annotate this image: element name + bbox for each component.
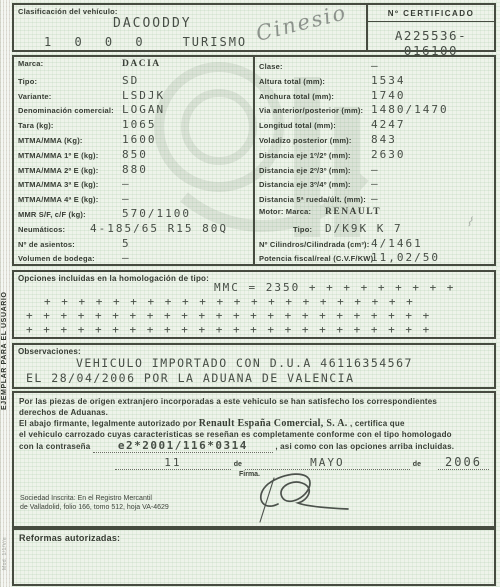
date-de-2: de	[413, 461, 421, 468]
spec-row: Nº de asientos:5	[18, 237, 253, 252]
spec-row: Denominación comercial:LOGAN	[18, 103, 253, 118]
spec-value: 4/1461	[371, 237, 423, 250]
spec-label: Tipo:	[18, 77, 122, 86]
spec-value: 1600	[122, 133, 157, 146]
options-line: + + + + + + + + + + + + + + + + + + + + …	[18, 323, 490, 337]
spec-label: Distancia eje 1º/2º (mm):	[259, 151, 371, 160]
date-day: 11	[115, 456, 231, 470]
spec-value: 5	[122, 237, 131, 250]
certifier-statement: El abajo firmante, legalmente autorizado…	[19, 418, 489, 429]
spec-value: 4247	[371, 118, 406, 131]
spec-row: Via anterior/posterior (mm):1480/1470	[259, 103, 494, 118]
password-line: con la contraseña e2*2001/116*0314 , asi…	[19, 440, 489, 453]
spec-row: Tipo:SD	[18, 74, 253, 89]
spec-label: Altura total (mm):	[259, 77, 371, 86]
spec-value: 570/1100	[122, 207, 191, 220]
registry-line2: de Valladolid, folio 166, tomo 512, hoja…	[20, 503, 169, 512]
spec-label: Tipo:	[259, 225, 325, 234]
spec-label: Anchura total (mm):	[259, 92, 371, 101]
vehicle-type: TURISMO	[183, 35, 248, 49]
spec-label: Clase:	[259, 62, 371, 71]
spec-row: Nº Cilindros/Cilindrada (cm³):4/1461	[259, 237, 494, 252]
spec-value: —	[122, 177, 131, 190]
certifier-pre-text: El abajo firmante, legalmente autorizado…	[19, 419, 196, 428]
spec-row: Tara (kg):1065	[18, 118, 253, 133]
spec-row: Distancia eje 3º/4º (mm):—	[259, 177, 494, 192]
authorized-modifications-label: Reformas autorizadas:	[19, 533, 489, 543]
vehicle-certificate-document: Clasificación del vehículo: DACOODDY 1 0…	[12, 3, 496, 583]
spec-value: SD	[122, 74, 139, 87]
company-name: Renault España Comercial, S. A.	[199, 418, 348, 429]
spec-row: Motor: Marca:RENAULT	[259, 207, 494, 222]
options-line: + + + + + + + + + + + + + + + + + + + + …	[18, 295, 490, 309]
spec-label: Nº de asientos:	[18, 240, 122, 249]
spec-value: —	[122, 192, 131, 205]
spec-label: Volumen de bodega:	[18, 254, 122, 263]
spec-label: MMR S/F, c/F (kg):	[18, 210, 122, 219]
spec-value: 11,02/50	[371, 251, 440, 264]
options-section: Opciones incluidas en la homologación de…	[12, 270, 496, 339]
spec-row: Distancia 5ª rueda/últ. (mm):—	[259, 192, 494, 207]
spec-label: Variante:	[18, 92, 122, 101]
spec-label: Distancia 5ª rueda/últ. (mm):	[259, 195, 371, 204]
spec-label: MTMA/MMA 2º E (kg):	[18, 166, 122, 175]
spec-value: 1740	[371, 89, 406, 102]
spec-row: Altura total (mm):1534	[259, 74, 494, 89]
spec-value: DACIA	[122, 59, 161, 69]
spec-row: MTMA/MMA 1º E (kg):850	[18, 148, 253, 163]
spec-row: Neumáticos:4-185/65 R15 80Q	[18, 222, 253, 237]
remarks-line: VEHICULO IMPORTADO CON D.U.A 46116354567	[18, 356, 490, 371]
spec-row: MTMA/MMA (Kg):1600	[18, 133, 253, 148]
spec-label: Tara (kg):	[18, 121, 122, 130]
form-model-code: Mod. 1/1/V/e	[2, 440, 11, 570]
certificate-label: Nº CERTIFICADO	[368, 5, 494, 22]
spec-value: —	[371, 192, 380, 205]
spec-row: Voladizo posterior (mm):843	[259, 133, 494, 148]
type-approval-password: e2*2001/116*0314	[118, 439, 248, 452]
certificate-number: A225536-016100	[368, 22, 494, 58]
spec-value: 4-185/65 R15 80Q	[90, 222, 228, 235]
classification-line: 1 0 0 0 TURISMO	[18, 35, 362, 49]
authorized-modifications-section: Reformas autorizadas:	[12, 528, 496, 586]
spec-label: MTMA/MMA 3ª E (kg):	[18, 180, 122, 189]
spec-label: Denominación comercial:	[18, 106, 122, 115]
spec-label: Voladizo posterior (mm):	[259, 136, 371, 145]
spec-row: Volumen de bodega:—	[18, 251, 253, 266]
customs-statement-line1: Por las piezas de origen extranjero inco…	[19, 396, 489, 407]
spec-value: —	[371, 163, 380, 176]
spec-label: Marca:	[18, 59, 122, 68]
header-section: Clasificación del vehículo: DACOODDY 1 0…	[12, 3, 496, 52]
spec-label: Distancia eje 2º/3º (mm):	[259, 166, 371, 175]
certifier-post-text: , certifica que	[350, 419, 405, 428]
registry-line1: Sociedad Inscrita: En el Registro Mercan…	[20, 494, 169, 503]
spec-value: 1065	[122, 118, 157, 131]
spec-row: Longitud total (mm):4247	[259, 118, 494, 133]
spec-label: Neumáticos:	[18, 225, 90, 234]
spec-label: Via anterior/posterior (mm):	[259, 106, 371, 115]
spec-value: 1534	[371, 74, 406, 87]
options-line: MMC = 2350 + + + + + + + + +	[18, 281, 490, 295]
spec-label: MTMA/MMA (Kg):	[18, 136, 122, 145]
spec-row: Marca:DACIA	[18, 59, 253, 74]
spec-row: Variante:LSDJK	[18, 89, 253, 104]
specs-section: Marca:DACIA Tipo:SD Variante:LSDJK Denom…	[12, 55, 496, 266]
spec-value: 850	[122, 148, 148, 161]
certification-section: Por las piezas de origen extranjero inco…	[12, 391, 496, 528]
copy-owner-strip: EJEMPLAR PARA EL USUARIO	[1, 268, 12, 433]
spec-row: Distancia eje 1º/2º (mm):2630	[259, 148, 494, 163]
spec-value: LSDJK	[122, 89, 165, 102]
spec-label: MTMA/MMA 4ª E (kg):	[18, 195, 122, 204]
spec-row: Clase:—	[259, 59, 494, 74]
spec-value: 843	[371, 133, 397, 146]
spec-label: Potencia fiscal/real (C.V.F/KW):	[259, 254, 371, 263]
spec-value: —	[122, 251, 131, 264]
spec-value: —	[371, 177, 380, 190]
specs-right-column: Clase:— Altura total (mm):1534 Anchura t…	[255, 57, 494, 264]
classification-cell: Clasificación del vehículo: DACOODDY 1 0…	[14, 5, 368, 50]
spec-row: MTMA/MMA 2º E (kg):880	[18, 163, 253, 178]
spec-label: MTMA/MMA 1º E (kg):	[18, 151, 122, 160]
spec-value: 880	[122, 163, 148, 176]
spec-value: LOGAN	[122, 103, 165, 116]
certifier-statement-line2: el vehiculo carrozado cuyas caracteristi…	[19, 429, 489, 440]
remarks-line: EL 28/04/2006 POR LA ADUANA DE VALENCIA	[18, 371, 490, 386]
spec-row: Anchura total (mm):1740	[259, 89, 494, 104]
options-line: + + + + + + + + + + + + + + + + + + + + …	[18, 309, 490, 323]
spec-row: MTMA/MMA 3ª E (kg):—	[18, 177, 253, 192]
password-label: con la contraseña	[19, 442, 90, 451]
spec-row: MMR S/F, c/F (kg):570/1100	[18, 207, 253, 222]
spec-value: RENAULT	[325, 207, 381, 217]
spec-label: Longitud total (mm):	[259, 121, 371, 130]
certificate-cell: Nº CERTIFICADO A225536-016100	[368, 5, 494, 50]
spec-label: Nº Cilindros/Cilindrada (cm³):	[259, 240, 371, 249]
spec-label: Motor: Marca:	[259, 207, 325, 216]
date-year: 2006	[438, 455, 489, 470]
options-included-text: , asi como con las opciones arriba inclu…	[275, 442, 454, 451]
remarks-section: Observaciones: VEHICULO IMPORTADO CON D.…	[12, 343, 496, 389]
spec-row: Distancia eje 2º/3º (mm):—	[259, 163, 494, 178]
spec-value: 1480/1470	[371, 103, 449, 116]
specs-left-column: Marca:DACIA Tipo:SD Variante:LSDJK Denom…	[14, 57, 255, 264]
company-registry-note: Sociedad Inscrita: En el Registro Mercan…	[20, 494, 169, 512]
spec-label: Distancia eje 3º/4º (mm):	[259, 180, 371, 189]
classification-digits: 1 0 0 0	[44, 35, 151, 49]
spec-value: D/K9K K 7	[325, 222, 403, 235]
spec-value: 2630	[371, 148, 406, 161]
spec-row: Tipo:D/K9K K 7	[259, 222, 494, 237]
spec-value: —	[371, 59, 380, 72]
spec-row: MTMA/MMA 4ª E (kg):—	[18, 192, 253, 207]
date-de-1: de	[234, 461, 242, 468]
remarks-label: Observaciones:	[18, 347, 490, 356]
spec-row: Potencia fiscal/real (C.V.F/KW):11,02/50	[259, 251, 494, 266]
customs-statement-line2: derechos de Aduanas.	[19, 407, 489, 418]
signature-scribble	[244, 468, 364, 524]
